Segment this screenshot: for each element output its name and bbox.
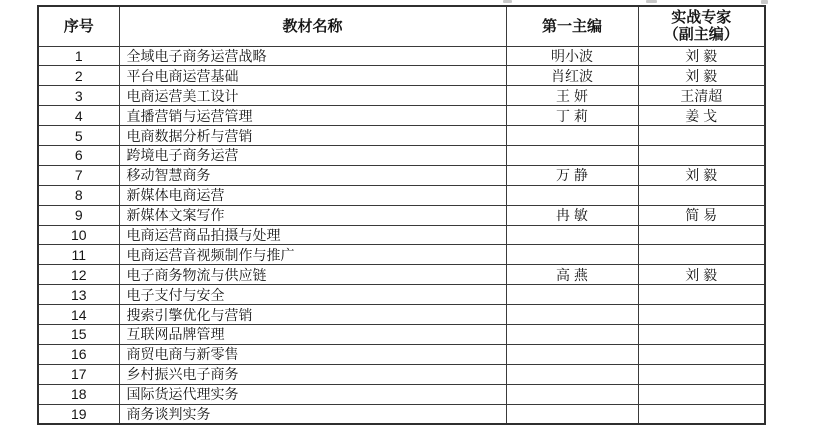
textbook-title-cell: 电子商务物流与供应链 (119, 265, 506, 285)
expert-cell (638, 404, 765, 424)
first-editor-cell: 丁 莉 (506, 106, 638, 126)
textbook-title-cell: 乡村振兴电子商务 (119, 364, 506, 384)
first-editor-cell (506, 285, 638, 305)
table-row: 11 电商运营音视频制作与推广 (38, 245, 765, 265)
row-number-cell: 14 (38, 305, 119, 325)
first-editor-cell (506, 305, 638, 325)
row-number-cell: 6 (38, 145, 119, 165)
expert-cell (638, 324, 765, 344)
row-number-cell: 18 (38, 384, 119, 404)
first-editor-cell (506, 185, 638, 205)
first-editor-cell (506, 364, 638, 384)
textbook-title-cell: 电商数据分析与营销 (119, 126, 506, 146)
textbook-title-cell: 电商运营美工设计 (119, 86, 506, 106)
table-row: 15 互联网品牌管理 (38, 324, 765, 344)
expert-cell: 刘 毅 (638, 66, 765, 86)
table-row: 19 商务谈判实务 (38, 404, 765, 424)
first-editor-cell (506, 344, 638, 364)
first-editor-cell: 万 静 (506, 165, 638, 185)
row-number-cell: 2 (38, 66, 119, 86)
scan-artifact (761, 0, 768, 4)
textbook-title-cell: 商贸电商与新零售 (119, 344, 506, 364)
row-number-cell: 8 (38, 185, 119, 205)
table-row: 4 直播营销与运营管理 丁 莉 姜 戈 (38, 106, 765, 126)
first-editor-cell: 冉 敏 (506, 205, 638, 225)
header-row: 序号 教材名称 第一主编 实战专家 （副主编） (38, 6, 765, 46)
table-row: 3 电商运营美工设计 王 妍 王清超 (38, 86, 765, 106)
textbook-title-cell: 跨境电子商务运营 (119, 145, 506, 165)
first-editor-cell (506, 324, 638, 344)
textbook-title-cell: 新媒体文案写作 (119, 205, 506, 225)
table-row: 2 平台电商运营基础 肖红波 刘 毅 (38, 66, 765, 86)
first-editor-cell (506, 145, 638, 165)
row-number-cell: 1 (38, 46, 119, 66)
row-number-cell: 16 (38, 344, 119, 364)
first-editor-cell (506, 126, 638, 146)
expert-cell (638, 364, 765, 384)
expert-cell: 刘 毅 (638, 265, 765, 285)
expert-cell (638, 145, 765, 165)
expert-cell (638, 225, 765, 245)
textbook-title-cell: 移动智慧商务 (119, 165, 506, 185)
header-col-editor: 第一主编 (506, 6, 638, 46)
row-number-cell: 13 (38, 285, 119, 305)
textbook-title-cell: 平台电商运营基础 (119, 66, 506, 86)
row-number-cell: 7 (38, 165, 119, 185)
header-expert-line2: （副主编） (639, 26, 765, 43)
table-row: 6 跨境电子商务运营 (38, 145, 765, 165)
first-editor-cell (506, 245, 638, 265)
expert-cell: 简 易 (638, 205, 765, 225)
first-editor-cell (506, 225, 638, 245)
scanned-table-page: 序号 教材名称 第一主编 实战专家 （副主编） 1 全域电子商务运营战略 明小波… (37, 5, 766, 425)
textbook-title-cell: 互联网品牌管理 (119, 324, 506, 344)
expert-cell (638, 384, 765, 404)
header-col-expert: 实战专家 （副主编） (638, 6, 765, 46)
row-number-cell: 19 (38, 404, 119, 424)
textbook-title-cell: 新媒体电商运营 (119, 185, 506, 205)
row-number-cell: 3 (38, 86, 119, 106)
table-row: 18 国际货运代理实务 (38, 384, 765, 404)
expert-cell: 王清超 (638, 86, 765, 106)
expert-cell: 姜 戈 (638, 106, 765, 126)
row-number-cell: 5 (38, 126, 119, 146)
textbook-title-cell: 直播营销与运营管理 (119, 106, 506, 126)
textbook-title-cell: 国际货运代理实务 (119, 384, 506, 404)
textbook-title-cell: 全域电子商务运营战略 (119, 46, 506, 66)
row-number-cell: 11 (38, 245, 119, 265)
expert-cell (638, 344, 765, 364)
first-editor-cell: 肖红波 (506, 66, 638, 86)
row-number-cell: 4 (38, 106, 119, 126)
first-editor-cell (506, 384, 638, 404)
textbook-title-cell: 商务谈判实务 (119, 404, 506, 424)
table-row: 10 电商运营商品拍摄与处理 (38, 225, 765, 245)
row-number-cell: 12 (38, 265, 119, 285)
table-body: 1 全域电子商务运营战略 明小波 刘 毅 2 平台电商运营基础 肖红波 刘 毅 … (38, 46, 765, 424)
textbook-title-cell: 电商运营音视频制作与推广 (119, 245, 506, 265)
header-col-number: 序号 (38, 6, 119, 46)
textbook-title-cell: 搜索引擎优化与营销 (119, 305, 506, 325)
table-row: 13 电子支付与安全 (38, 285, 765, 305)
first-editor-cell: 高 燕 (506, 265, 638, 285)
expert-cell (638, 126, 765, 146)
first-editor-cell: 王 妍 (506, 86, 638, 106)
scan-artifact (503, 0, 512, 3)
expert-cell: 刘 毅 (638, 46, 765, 66)
first-editor-cell (506, 404, 638, 424)
table-row: 5 电商数据分析与营销 (38, 126, 765, 146)
header-col-title: 教材名称 (119, 6, 506, 46)
table-row: 9 新媒体文案写作 冉 敏 简 易 (38, 205, 765, 225)
textbook-title-cell: 电商运营商品拍摄与处理 (119, 225, 506, 245)
row-number-cell: 17 (38, 364, 119, 384)
table-row: 8 新媒体电商运营 (38, 185, 765, 205)
expert-cell (638, 185, 765, 205)
first-editor-cell: 明小波 (506, 46, 638, 66)
table-row: 16 商贸电商与新零售 (38, 344, 765, 364)
table-row: 12 电子商务物流与供应链 高 燕 刘 毅 (38, 265, 765, 285)
expert-cell (638, 305, 765, 325)
expert-cell: 刘 毅 (638, 165, 765, 185)
table-row: 17 乡村振兴电子商务 (38, 364, 765, 384)
header-expert-line1: 实战专家 (639, 9, 765, 26)
row-number-cell: 9 (38, 205, 119, 225)
expert-cell (638, 245, 765, 265)
row-number-cell: 10 (38, 225, 119, 245)
row-number-cell: 15 (38, 324, 119, 344)
textbook-title-cell: 电子支付与安全 (119, 285, 506, 305)
table-row: 14 搜索引擎优化与营销 (38, 305, 765, 325)
expert-cell (638, 285, 765, 305)
scan-artifact (646, 0, 657, 3)
table-row: 7 移动智慧商务 万 静 刘 毅 (38, 165, 765, 185)
table-row: 1 全域电子商务运营战略 明小波 刘 毅 (38, 46, 765, 66)
textbook-table: 序号 教材名称 第一主编 实战专家 （副主编） 1 全域电子商务运营战略 明小波… (37, 5, 766, 425)
